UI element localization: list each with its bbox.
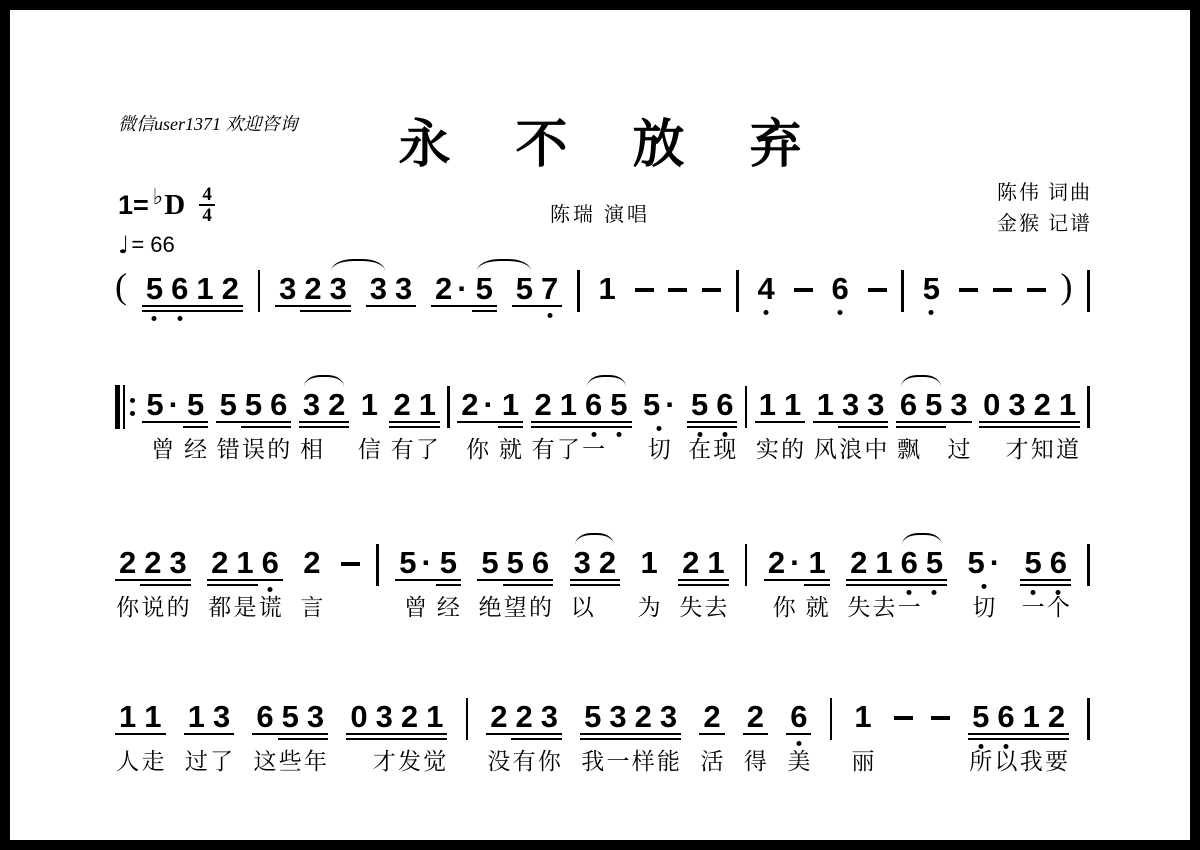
note: 1走 — [140, 702, 165, 732]
note: 6以 — [993, 702, 1018, 732]
augmentation-dot: · — [665, 390, 675, 420]
lyric-syllable: 才 — [373, 747, 396, 777]
underline — [703, 579, 728, 581]
octave-dot — [268, 587, 273, 592]
note-digit: 5 — [476, 271, 493, 306]
note: 1去 — [871, 548, 896, 578]
underline — [712, 426, 737, 428]
note: 3浪 — [838, 390, 863, 420]
underline — [326, 310, 351, 312]
octave-dot — [981, 584, 986, 589]
underline — [389, 426, 414, 428]
note-digit: 2 — [1048, 699, 1065, 734]
underline — [415, 421, 440, 423]
underline — [372, 738, 397, 740]
duration-dash — [894, 716, 913, 720]
beam-group: 2你2说3的 — [115, 548, 191, 578]
note: 2 — [300, 274, 325, 304]
underline — [140, 733, 165, 735]
note: 2得 — [743, 702, 768, 732]
underline — [207, 579, 232, 581]
beam-group: 2失1去 — [678, 548, 729, 578]
lyric-syllable: 人 — [116, 747, 139, 777]
beam-group: 6美 — [786, 702, 811, 732]
underline — [115, 733, 140, 735]
note-digit: 6 — [171, 271, 188, 306]
note-digit: 5 — [481, 545, 498, 580]
lyric-syllable: 的 — [781, 435, 804, 465]
beam-group: 2·你1就 — [457, 390, 523, 420]
note-digit: 2 — [703, 699, 720, 734]
lyric-syllable: 谎 — [259, 593, 282, 623]
note: 2失 — [678, 548, 703, 578]
underline — [537, 738, 562, 740]
underline — [863, 421, 888, 423]
repeat-dot — [130, 398, 135, 403]
note: 3的 — [166, 548, 191, 578]
underline — [511, 733, 536, 735]
lyric-syllable: 就 — [806, 593, 829, 623]
note-digit: 3 — [867, 387, 884, 422]
underline — [813, 421, 838, 423]
underline — [1044, 738, 1069, 740]
beam-group: 2都1是6谎 — [207, 548, 283, 578]
note-digit: 5 — [1024, 545, 1041, 580]
note-digit: 3 — [660, 699, 677, 734]
lyric-syllable: 你 — [116, 593, 139, 623]
underline — [140, 579, 165, 581]
note-digit: 1 — [119, 699, 136, 734]
beam-group: 33 — [366, 274, 417, 304]
lyric-syllable: 曾 — [404, 593, 427, 623]
underline — [1030, 421, 1055, 423]
note: 5 — [919, 274, 944, 304]
underline — [326, 305, 351, 307]
underline — [755, 421, 780, 423]
beam-group: 3以2 — [570, 548, 621, 578]
lyric-syllable: 些 — [279, 747, 302, 777]
note-digit: 5 — [245, 387, 262, 422]
note: 3了 — [209, 702, 234, 732]
note-digit: 3 — [370, 271, 387, 306]
lyric-syllable: 误 — [242, 435, 265, 465]
note: 3以 — [570, 548, 595, 578]
lyric-syllable: 以 — [571, 593, 594, 623]
beam-group: 5错5误6的 — [216, 390, 292, 420]
underline — [512, 305, 537, 307]
underline — [687, 421, 712, 423]
note: 2都 — [207, 548, 232, 578]
underline — [531, 421, 556, 423]
note-digit: 1 — [598, 271, 615, 306]
beam-group: 5612 — [142, 274, 243, 304]
lyric-syllable: 在 — [688, 435, 711, 465]
underline — [278, 733, 303, 735]
underline — [968, 738, 993, 740]
note: 1觉 — [422, 702, 447, 732]
underline — [1055, 426, 1080, 428]
lyric-syllable: 就 — [499, 435, 522, 465]
beam-group: 5我3一2样3能 — [580, 702, 681, 732]
time-signature: 4 4 — [199, 186, 215, 224]
underline — [687, 426, 712, 428]
note-digit: 6 — [900, 387, 917, 422]
note: 6这 — [252, 702, 277, 732]
underline — [1020, 579, 1045, 581]
note: 6美 — [786, 702, 811, 732]
underline — [896, 426, 921, 428]
lyric-syllable: 丽 — [851, 747, 874, 777]
underline — [166, 584, 191, 586]
key-tempo-block: 1=♭D 4 4 ♩ = 66 — [118, 186, 215, 259]
underline — [897, 584, 922, 586]
underline — [580, 733, 605, 735]
note-digit: 1 — [640, 545, 657, 580]
note: 6一 — [897, 548, 922, 578]
duration-dash — [635, 288, 654, 292]
octave-dot — [764, 310, 769, 315]
repeat-dots — [130, 398, 135, 416]
lyric-syllable: 曾 — [151, 435, 174, 465]
note-digit: 2 — [435, 271, 452, 306]
note: 1道 — [1055, 390, 1080, 420]
note-digit: 1 — [426, 699, 443, 734]
lyric-syllable: 样 — [632, 747, 655, 777]
octave-dot — [177, 316, 182, 321]
beam-group: 6这5些3年 — [252, 702, 328, 732]
note-digit: 5 — [187, 387, 204, 422]
note-digit: 6 — [901, 545, 918, 580]
note-digit: 3 — [842, 387, 859, 422]
note-digit: 5 — [610, 387, 627, 422]
lyric-syllable: 所 — [969, 747, 992, 777]
underline — [1055, 421, 1080, 423]
octave-dot — [547, 313, 552, 318]
note-digit: 2 — [304, 271, 321, 306]
note: 1就 — [804, 548, 829, 578]
underline — [241, 426, 266, 428]
note: 2失 — [846, 548, 871, 578]
underline — [979, 426, 1004, 428]
underline — [183, 421, 208, 423]
underline — [166, 579, 191, 581]
score-line-verse-2: 2你2说3的2都1是6谎2言5·曾5经5绝5望6的3以21为2失1去2·你1就2… — [115, 548, 1090, 632]
beam-group: 2得 — [743, 702, 768, 732]
underline — [436, 579, 461, 581]
underline — [183, 426, 208, 428]
note: 5 — [472, 274, 497, 304]
underline — [422, 733, 447, 735]
note: 4 — [754, 274, 779, 304]
note-digit: 2 — [635, 699, 652, 734]
note: 3相 — [299, 390, 324, 420]
note-digit: 2 — [401, 699, 418, 734]
octave-dot — [932, 590, 937, 595]
underline — [922, 584, 947, 586]
sheet-music-page: 微信user1371 欢迎咨询 永 不 放 弃 陈瑞 演唱 陈伟 词曲 金猴 记… — [0, 0, 1200, 850]
underline — [606, 426, 631, 428]
underline — [192, 310, 217, 312]
note: 5误 — [241, 390, 266, 420]
note-digit: 3 — [950, 387, 967, 422]
note: 3 — [366, 274, 391, 304]
underline — [303, 733, 328, 735]
beam-group: 1为 — [636, 548, 661, 578]
note: 2有 — [511, 702, 536, 732]
underline — [528, 584, 553, 586]
underline — [300, 305, 325, 307]
octave-dot — [796, 741, 801, 746]
underline — [993, 738, 1018, 740]
note: 5经 — [183, 390, 208, 420]
underline — [207, 584, 232, 586]
note-digit: 6 — [997, 699, 1014, 734]
barline — [1087, 270, 1090, 312]
barline — [745, 386, 748, 428]
underline — [846, 584, 871, 586]
beam-group: 1实1的 — [755, 390, 806, 420]
underline — [184, 733, 209, 735]
barline — [1087, 386, 1090, 428]
beam-group: 2失1去6一5 — [846, 548, 947, 578]
underline — [528, 579, 553, 581]
lyric-syllable: 过 — [185, 747, 208, 777]
note-digit: 3 — [330, 271, 347, 306]
note: 1的 — [780, 390, 805, 420]
octave-dot — [616, 432, 621, 437]
note-digit: 5 — [643, 387, 660, 422]
underline — [142, 310, 167, 312]
beam-group: 1风3浪3中 — [813, 390, 889, 420]
lyric-syllable: 风 — [814, 435, 837, 465]
octave-dot — [152, 316, 157, 321]
note-digit: 4 — [758, 271, 775, 306]
note: 1信 — [357, 390, 382, 420]
underline — [846, 579, 871, 581]
lyric-syllable: 有 — [513, 747, 536, 777]
barline — [745, 544, 748, 586]
underline — [678, 584, 703, 586]
barline — [577, 270, 580, 312]
note: 5·曾 — [395, 548, 436, 578]
note-digit: 2 — [393, 387, 410, 422]
beam-group: 03才2知1道 — [979, 390, 1080, 420]
barline — [1087, 698, 1090, 740]
note: 1去 — [703, 548, 728, 578]
note: 1了 — [415, 390, 440, 420]
tempo-value: = 66 — [131, 232, 174, 258]
note-digit: 1 — [854, 699, 871, 734]
note-digit: 6 — [585, 387, 602, 422]
note: 2要 — [1044, 702, 1069, 732]
note: 1我 — [1019, 702, 1044, 732]
barline — [447, 386, 450, 428]
lyric-syllable: 活 — [700, 747, 723, 777]
credits-block: 陈伟 词曲 金猴 记谱 — [997, 178, 1092, 240]
score-line-verse-1: 5·曾5经5错5误6的3相21信2有1了2·你1就2有1了6一55·切5在6现1… — [115, 390, 1090, 474]
note-digit: 6 — [831, 271, 848, 306]
note: 5 — [922, 548, 947, 578]
note: 3 — [391, 274, 416, 304]
lyric-syllable: 你 — [466, 435, 489, 465]
repeat-dot — [130, 411, 135, 416]
underline — [1030, 426, 1055, 428]
duration-dash — [668, 288, 687, 292]
beam-group: 5·切 — [639, 390, 680, 420]
underline — [415, 426, 440, 428]
lyric-syllable: 说 — [141, 593, 164, 623]
beam-group: 1丽 — [850, 702, 875, 732]
underline — [631, 738, 656, 740]
note-digit: 1 — [1059, 387, 1076, 422]
note: 3一 — [605, 702, 630, 732]
underline — [140, 584, 165, 586]
underline — [498, 421, 523, 423]
song-title: 永 不 放 弃 — [10, 102, 1190, 177]
note-digit: 3 — [574, 545, 591, 580]
underline — [397, 738, 422, 740]
underline — [743, 733, 768, 735]
note: 5一 — [1020, 548, 1045, 578]
note: 2样 — [631, 702, 656, 732]
underline — [897, 579, 922, 581]
underline — [472, 305, 497, 307]
underline — [921, 421, 946, 423]
underline — [871, 584, 896, 586]
note-digit: 5 — [146, 387, 163, 422]
lyric-syllable: 现 — [713, 435, 736, 465]
note: 2·你 — [764, 548, 805, 578]
duration-dash — [1027, 288, 1046, 292]
note: 2没 — [486, 702, 511, 732]
lyric-syllable: 切 — [972, 593, 995, 623]
lyric-syllable: 道 — [1056, 435, 1079, 465]
underline — [457, 421, 498, 423]
note-digit: 1 — [144, 699, 161, 734]
underline — [605, 738, 630, 740]
underline — [838, 421, 863, 423]
tie-arc — [901, 375, 940, 387]
underline — [275, 305, 300, 307]
note: 5·切 — [963, 548, 1004, 578]
underline — [389, 421, 414, 423]
note-digit: 2 — [119, 545, 136, 580]
beam-group: 2有1了 — [389, 390, 440, 420]
lyric-syllable: 年 — [304, 747, 327, 777]
note: 1 — [192, 274, 217, 304]
note-digit: 7 — [541, 271, 558, 306]
note: 1是 — [232, 548, 257, 578]
note: 5我 — [580, 702, 605, 732]
underline — [218, 310, 243, 312]
lyric-syllable: 失 — [679, 593, 702, 623]
beam-group: 2没2有3你 — [486, 702, 562, 732]
augmentation-dot: · — [457, 274, 467, 304]
underline — [1046, 584, 1071, 586]
note-digit: 6 — [1050, 545, 1067, 580]
lyric-syllable: 我 — [1020, 747, 1043, 777]
octave-dot — [929, 310, 934, 315]
note: 2有 — [531, 390, 556, 420]
note: 6谎 — [258, 548, 283, 578]
lyric-syllable: 经 — [184, 435, 207, 465]
beam-group: 5绝5望6的 — [477, 548, 553, 578]
underline — [580, 738, 605, 740]
underline — [258, 579, 283, 581]
lyric-syllable: 走 — [141, 747, 164, 777]
note: 3 — [326, 274, 351, 304]
underline — [472, 310, 497, 312]
note-digit: 5 — [967, 545, 984, 580]
barline — [466, 698, 469, 740]
note-digit: 5 — [923, 271, 940, 306]
lyric-syllable: 去 — [704, 593, 727, 623]
beam-group: 2有1了6一5 — [531, 390, 632, 420]
key-prefix: 1= — [118, 191, 149, 219]
note: 6一 — [581, 390, 606, 420]
lyric-syllable: 个 — [1047, 593, 1070, 623]
underline — [346, 733, 371, 735]
note-digit: 1 — [196, 271, 213, 306]
note-digit: 3 — [303, 387, 320, 422]
underline — [605, 733, 630, 735]
underline — [346, 738, 371, 740]
underline — [431, 305, 472, 307]
augmentation-dot: · — [421, 548, 431, 578]
barline — [1087, 544, 1090, 586]
note-digit: 2 — [144, 545, 161, 580]
note-digit: 2 — [1034, 387, 1051, 422]
note-digit: 6 — [256, 699, 273, 734]
note-digit: 3 — [1008, 387, 1025, 422]
note-digit: 5 — [691, 387, 708, 422]
note: 2言 — [299, 548, 324, 578]
duration-dash — [341, 562, 360, 566]
underline — [556, 426, 581, 428]
lyric-syllable: 能 — [657, 747, 680, 777]
note-digit: 1 — [560, 387, 577, 422]
barline — [376, 544, 379, 586]
lyric-syllable: 没 — [487, 747, 510, 777]
note: 1为 — [636, 548, 661, 578]
underline — [764, 579, 805, 581]
beam-group: 5所6以1我2要 — [968, 702, 1069, 732]
underline — [422, 738, 447, 740]
note: 2· — [431, 274, 472, 304]
note-digit: 2 — [515, 699, 532, 734]
lyric-syllable: 经 — [437, 593, 460, 623]
underline — [1020, 584, 1045, 586]
underline — [266, 426, 291, 428]
note-digit: 3 — [541, 699, 558, 734]
note: 1丽 — [850, 702, 875, 732]
note: 5些 — [278, 702, 303, 732]
tempo-marking: ♩ = 66 — [118, 231, 215, 259]
beam-group: 1过3了 — [184, 702, 235, 732]
note: 2你 — [115, 548, 140, 578]
key-letter: D — [164, 191, 185, 219]
augmentation-dot: · — [790, 548, 800, 578]
note: 2 — [595, 548, 620, 578]
underline — [946, 421, 971, 423]
note-digit: 3 — [609, 699, 626, 734]
underline — [477, 579, 502, 581]
note-digit: 1 — [875, 545, 892, 580]
underline — [537, 305, 562, 307]
beam-group: 5·曾5经 — [395, 548, 461, 578]
underline — [804, 584, 829, 586]
beam-group: 1信 — [357, 390, 382, 420]
